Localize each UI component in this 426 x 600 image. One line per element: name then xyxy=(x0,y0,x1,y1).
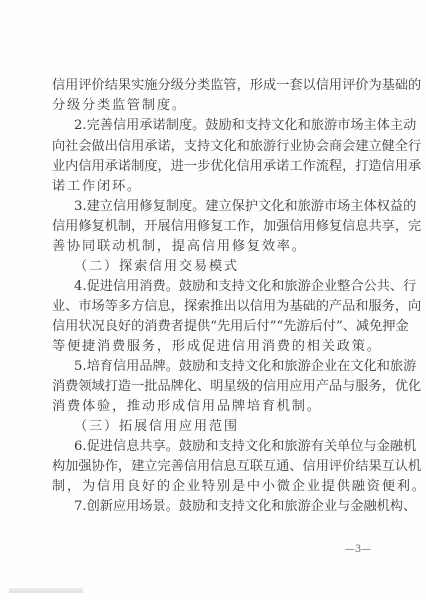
text-line: 信用状况良好的消费者提供“先用后付”“先游后付”、减免押金 xyxy=(52,317,368,337)
text-line: 消费体验，推动形成信用品牌培育机制。 xyxy=(52,397,368,417)
paragraph-3-start: 3.建立信用修复制度。建立保护文化和旅游市场主体权益的 xyxy=(74,197,368,217)
text-line: 信用评价结果实施分级分类监管，形成一套以信用评价为基础的 xyxy=(52,76,368,96)
text-line: 诺工作闭环。 xyxy=(52,177,368,197)
paragraph-5-start: 5.培育信用品牌。鼓励和支持文化和旅游企业在文化和旅游 xyxy=(74,357,368,377)
text-line: 消费领域打造一批品牌化、明星级的信用应用产品与服务，优化 xyxy=(52,377,368,397)
text-line: 构加强协作，建立完善信用信息互联互通、信用评价结果互认机 xyxy=(52,457,368,477)
text-line: 分级分类监管制度。 xyxy=(52,96,368,116)
paragraph-2-start: 2.完善信用承诺制度。鼓励和支持文化和旅游市场主体主动 xyxy=(74,116,368,136)
scan-artifact xyxy=(9,588,83,593)
document-page: 信用评价结果实施分级分类监管，形成一套以信用评价为基础的 分级分类监管制度。 2… xyxy=(0,0,426,600)
text-line: 业内信用承诺制度，进一步优化信用承诺工作流程，打造信用承 xyxy=(52,157,368,177)
section-heading-3: （三）拓展信用应用范围 xyxy=(74,417,368,437)
text-line: 善协同联动机制，提高信用修复效率。 xyxy=(52,237,368,257)
text-line: 等便捷消费服务，形成促进信用消费的相关政策。 xyxy=(52,337,368,357)
section-heading-2: （二）探索信用交易模式 xyxy=(74,257,368,277)
text-line: 制，为信用良好的企业特别是中小微企业提供融资便利。 xyxy=(52,477,368,497)
paragraph-7-start: 7.创新应用场景。鼓励和支持文化和旅游企业与金融机构、 xyxy=(74,497,368,517)
paragraph-6-start: 6.促进信息共享。鼓励和支持文化和旅游有关单位与金融机 xyxy=(74,437,368,457)
paragraph-4-start: 4.促进信用消费。鼓励和支持文化和旅游企业整合公共、行 xyxy=(74,277,368,297)
text-line: 向社会做出信用承诺，支持文化和旅游行业协会商会建立健全行 xyxy=(52,137,368,157)
text-line: 信用修复机制，开展信用修复工作，加强信用修复信息共享，完 xyxy=(52,217,368,237)
text-line: 业、市场等多方信息，探索推出以信用为基础的产品和服务，向 xyxy=(52,297,368,317)
page-number: —3— xyxy=(340,544,376,555)
